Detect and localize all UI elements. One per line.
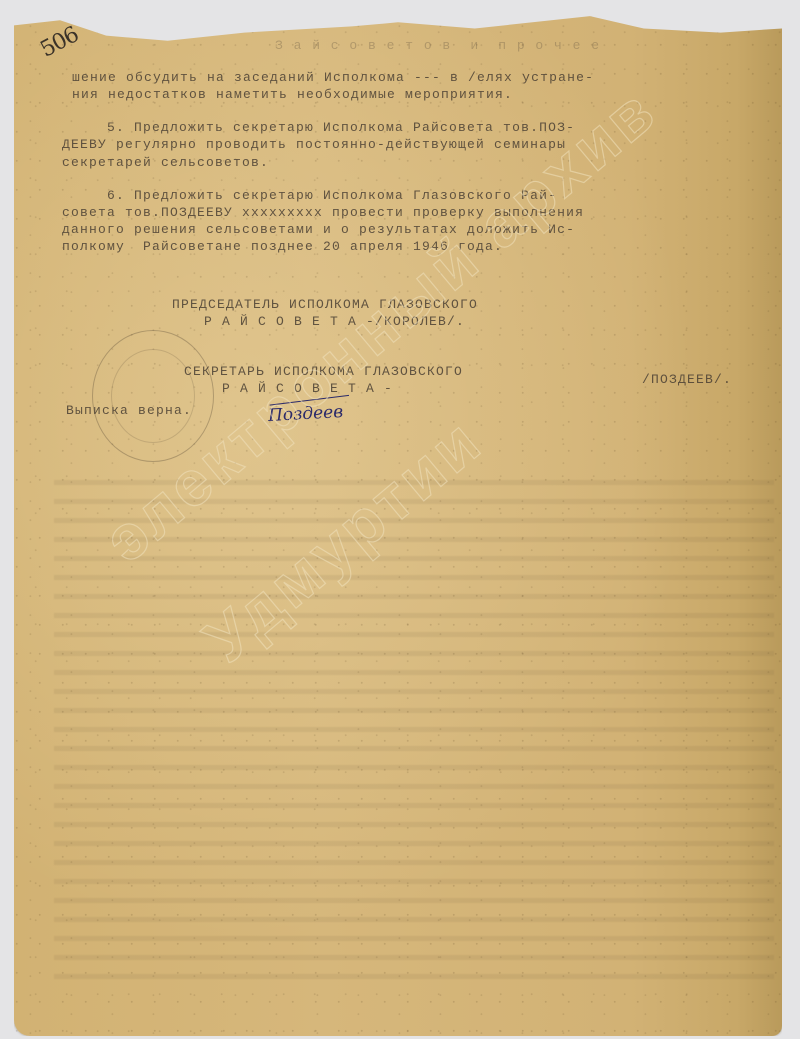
body-line-4: ДЕЕВУ регулярно проводить постоянно-дейс… (62, 137, 566, 152)
body-line-3: 5. Предложить секретарю Исполкома Райсов… (62, 120, 575, 135)
faint-header-text: З а й с о в е т о в и п р о ч е е (275, 38, 601, 53)
body-line-5: секретарей сельсоветов. (62, 155, 269, 170)
certification-text: Выписка верна. (66, 403, 192, 418)
body-line-1: шение обсудить на заседаний Исполкома --… (72, 70, 594, 85)
secretary-name: /ПОЗДЕЕВ/. (642, 372, 732, 387)
body-line-2: ния недостатков наметить необходимые мер… (72, 87, 513, 102)
